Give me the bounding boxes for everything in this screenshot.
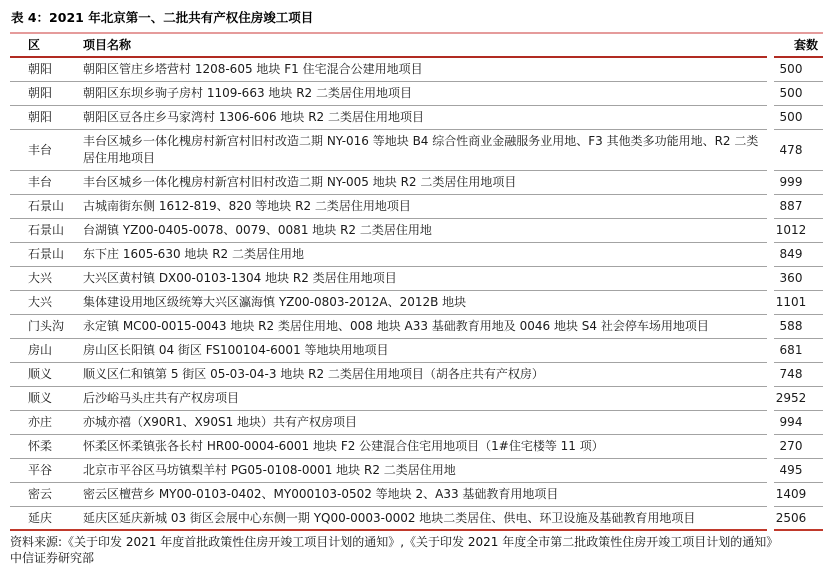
- table-row: 石景山 台湖镇 YZ00-0405-0078、0079、0081 地块 R2 二…: [10, 219, 823, 243]
- table-row: 大兴 大兴区黄村镇 DX00-0103-1304 地块 R2 类居住用地项目 3…: [10, 267, 823, 291]
- footer: 资料来源:《关于印发 2021 年度首批政策性住房开竣工项目计划的通知》,《关于…: [10, 534, 823, 565]
- cell-district: 密云: [10, 483, 75, 507]
- cell-project: 顺义区仁和镇第 5 街区 05-03-04-3 地块 R2 二类居住用地项目（胡…: [75, 363, 767, 387]
- cell-units: 2506: [767, 507, 823, 531]
- header-row: 区 项目名称 套数: [10, 34, 823, 58]
- cell-units: 748: [767, 363, 823, 387]
- table-row: 平谷 北京市平谷区马坊镇梨羊村 PG05-0108-0001 地块 R2 二类居…: [10, 459, 823, 483]
- table-row: 朝阳 朝阳区豆各庄乡马家湾村 1306-606 地块 R2 二类居住用地项目 5…: [10, 106, 823, 130]
- table-row: 石景山 古城南街东侧 1612-819、820 等地块 R2 二类居住用地项目 …: [10, 195, 823, 219]
- table-body: 朝阳 朝阳区管庄乡塔营村 1208-605 地块 F1 住宅混合公建用地项目 5…: [10, 58, 823, 531]
- cell-district: 朝阳: [10, 82, 75, 106]
- report-table-page: 表 4：2021 年北京第一、二批共有产权住房竣工项目 区 项目名称 套数 朝阳…: [0, 0, 833, 565]
- cell-project: 朝阳区豆各庄乡马家湾村 1306-606 地块 R2 二类居住用地项目: [75, 106, 767, 130]
- cell-district: 顺义: [10, 363, 75, 387]
- cell-units: 999: [767, 171, 823, 195]
- cell-district: 大兴: [10, 291, 75, 315]
- cell-district: 石景山: [10, 219, 75, 243]
- cell-units: 495: [767, 459, 823, 483]
- cell-district: 门头沟: [10, 315, 75, 339]
- cell-district: 丰台: [10, 130, 75, 171]
- table-row: 大兴 集体建设用地区级统筹大兴区瀛海慎 YZ00-0803-2012A、2012…: [10, 291, 823, 315]
- cell-district: 丰台: [10, 171, 75, 195]
- cell-district: 怀柔: [10, 435, 75, 459]
- cell-district: 平谷: [10, 459, 75, 483]
- cell-district: 亦庄: [10, 411, 75, 435]
- cell-project: 大兴区黄村镇 DX00-0103-1304 地块 R2 类居住用地项目: [75, 267, 767, 291]
- cell-units: 849: [767, 243, 823, 267]
- table-row: 顺义 后沙峪马头庄共有产权房项目 2952: [10, 387, 823, 411]
- cell-district: 大兴: [10, 267, 75, 291]
- cell-project: 朝阳区东坝乡驹子房村 1109-663 地块 R2 二类居住用地项目: [75, 82, 767, 106]
- cell-project: 古城南街东侧 1612-819、820 等地块 R2 二类居住用地项目: [75, 195, 767, 219]
- table-row: 丰台 丰台区城乡一体化槐房村新宫村旧村改造二期 NY-005 地块 R2 二类居…: [10, 171, 823, 195]
- projects-table: 区 项目名称 套数 朝阳 朝阳区管庄乡塔营村 1208-605 地块 F1 住宅…: [10, 34, 823, 531]
- cell-units: 681: [767, 339, 823, 363]
- cell-units: 1409: [767, 483, 823, 507]
- table-row: 朝阳 朝阳区东坝乡驹子房村 1109-663 地块 R2 二类居住用地项目 50…: [10, 82, 823, 106]
- col-header-district: 区: [10, 34, 75, 58]
- cell-project: 东下庄 1605-630 地块 R2 二类居住用地: [75, 243, 767, 267]
- cell-project: 集体建设用地区级统筹大兴区瀛海慎 YZ00-0803-2012A、2012B 地…: [75, 291, 767, 315]
- cell-district: 朝阳: [10, 106, 75, 130]
- cell-project: 密云区檀营乡 MY00-0103-0402、MY000103-0502 等地块 …: [75, 483, 767, 507]
- cell-district: 石景山: [10, 243, 75, 267]
- cell-units: 588: [767, 315, 823, 339]
- cell-units: 500: [767, 58, 823, 82]
- table-row: 房山 房山区长阳镇 04 街区 FS100104-6001 等地块用地项目 68…: [10, 339, 823, 363]
- cell-district: 朝阳: [10, 58, 75, 82]
- table-row: 门头沟 永定镇 MC00-0015-0043 地块 R2 类居住用地、008 地…: [10, 315, 823, 339]
- cell-project: 丰台区城乡一体化槐房村新宫村旧村改造二期 NY-016 等地块 B4 综合性商业…: [75, 130, 767, 171]
- table-row: 密云 密云区檀营乡 MY00-0103-0402、MY000103-0502 等…: [10, 483, 823, 507]
- table-row: 亦庄 亦城亦禧（X90R1、X90S1 地块）共有产权房项目 994: [10, 411, 823, 435]
- cell-units: 270: [767, 435, 823, 459]
- cell-units: 500: [767, 106, 823, 130]
- cell-project: 北京市平谷区马坊镇梨羊村 PG05-0108-0001 地块 R2 二类居住用地: [75, 459, 767, 483]
- cell-district: 石景山: [10, 195, 75, 219]
- source-note: 资料来源:《关于印发 2021 年度首批政策性住房开竣工项目计划的通知》,《关于…: [10, 534, 823, 550]
- table-row: 丰台 丰台区城乡一体化槐房村新宫村旧村改造二期 NY-016 等地块 B4 综合…: [10, 130, 823, 171]
- table-row: 石景山 东下庄 1605-630 地块 R2 二类居住用地 849: [10, 243, 823, 267]
- cell-project: 朝阳区管庄乡塔营村 1208-605 地块 F1 住宅混合公建用地项目: [75, 58, 767, 82]
- col-header-project: 项目名称: [75, 34, 767, 58]
- cell-project: 怀柔区怀柔镇张各长村 HR00-0004-6001 地块 F2 公建混合住宅用地…: [75, 435, 767, 459]
- cell-project: 亦城亦禧（X90R1、X90S1 地块）共有产权房项目: [75, 411, 767, 435]
- cell-project: 丰台区城乡一体化槐房村新宫村旧村改造二期 NY-005 地块 R2 二类居住用地…: [75, 171, 767, 195]
- cell-district: 顺义: [10, 387, 75, 411]
- cell-district: 延庆: [10, 507, 75, 531]
- cell-units: 1101: [767, 291, 823, 315]
- cell-project: 延庆区延庆新城 03 街区会展中心东侧一期 YQ00-0003-0002 地块二…: [75, 507, 767, 531]
- table-title: 表 4：2021 年北京第一、二批共有产权住房竣工项目: [11, 10, 823, 25]
- cell-project: 后沙峪马头庄共有产权房项目: [75, 387, 767, 411]
- cell-units: 2952: [767, 387, 823, 411]
- cell-units: 360: [767, 267, 823, 291]
- cell-units: 1012: [767, 219, 823, 243]
- table-row: 朝阳 朝阳区管庄乡塔营村 1208-605 地块 F1 住宅混合公建用地项目 5…: [10, 58, 823, 82]
- cell-project: 永定镇 MC00-0015-0043 地块 R2 类居住用地、008 地块 A3…: [75, 315, 767, 339]
- cell-district: 房山: [10, 339, 75, 363]
- department-note: 中信证券研究部: [10, 550, 823, 565]
- table-row: 怀柔 怀柔区怀柔镇张各长村 HR00-0004-6001 地块 F2 公建混合住…: [10, 435, 823, 459]
- cell-project: 台湖镇 YZ00-0405-0078、0079、0081 地块 R2 二类居住用…: [75, 219, 767, 243]
- cell-units: 478: [767, 130, 823, 171]
- cell-units: 500: [767, 82, 823, 106]
- table-row: 延庆 延庆区延庆新城 03 街区会展中心东侧一期 YQ00-0003-0002 …: [10, 507, 823, 531]
- cell-project: 房山区长阳镇 04 街区 FS100104-6001 等地块用地项目: [75, 339, 767, 363]
- cell-units: 887: [767, 195, 823, 219]
- table-row: 顺义 顺义区仁和镇第 5 街区 05-03-04-3 地块 R2 二类居住用地项…: [10, 363, 823, 387]
- cell-units: 994: [767, 411, 823, 435]
- col-header-units: 套数: [767, 34, 823, 58]
